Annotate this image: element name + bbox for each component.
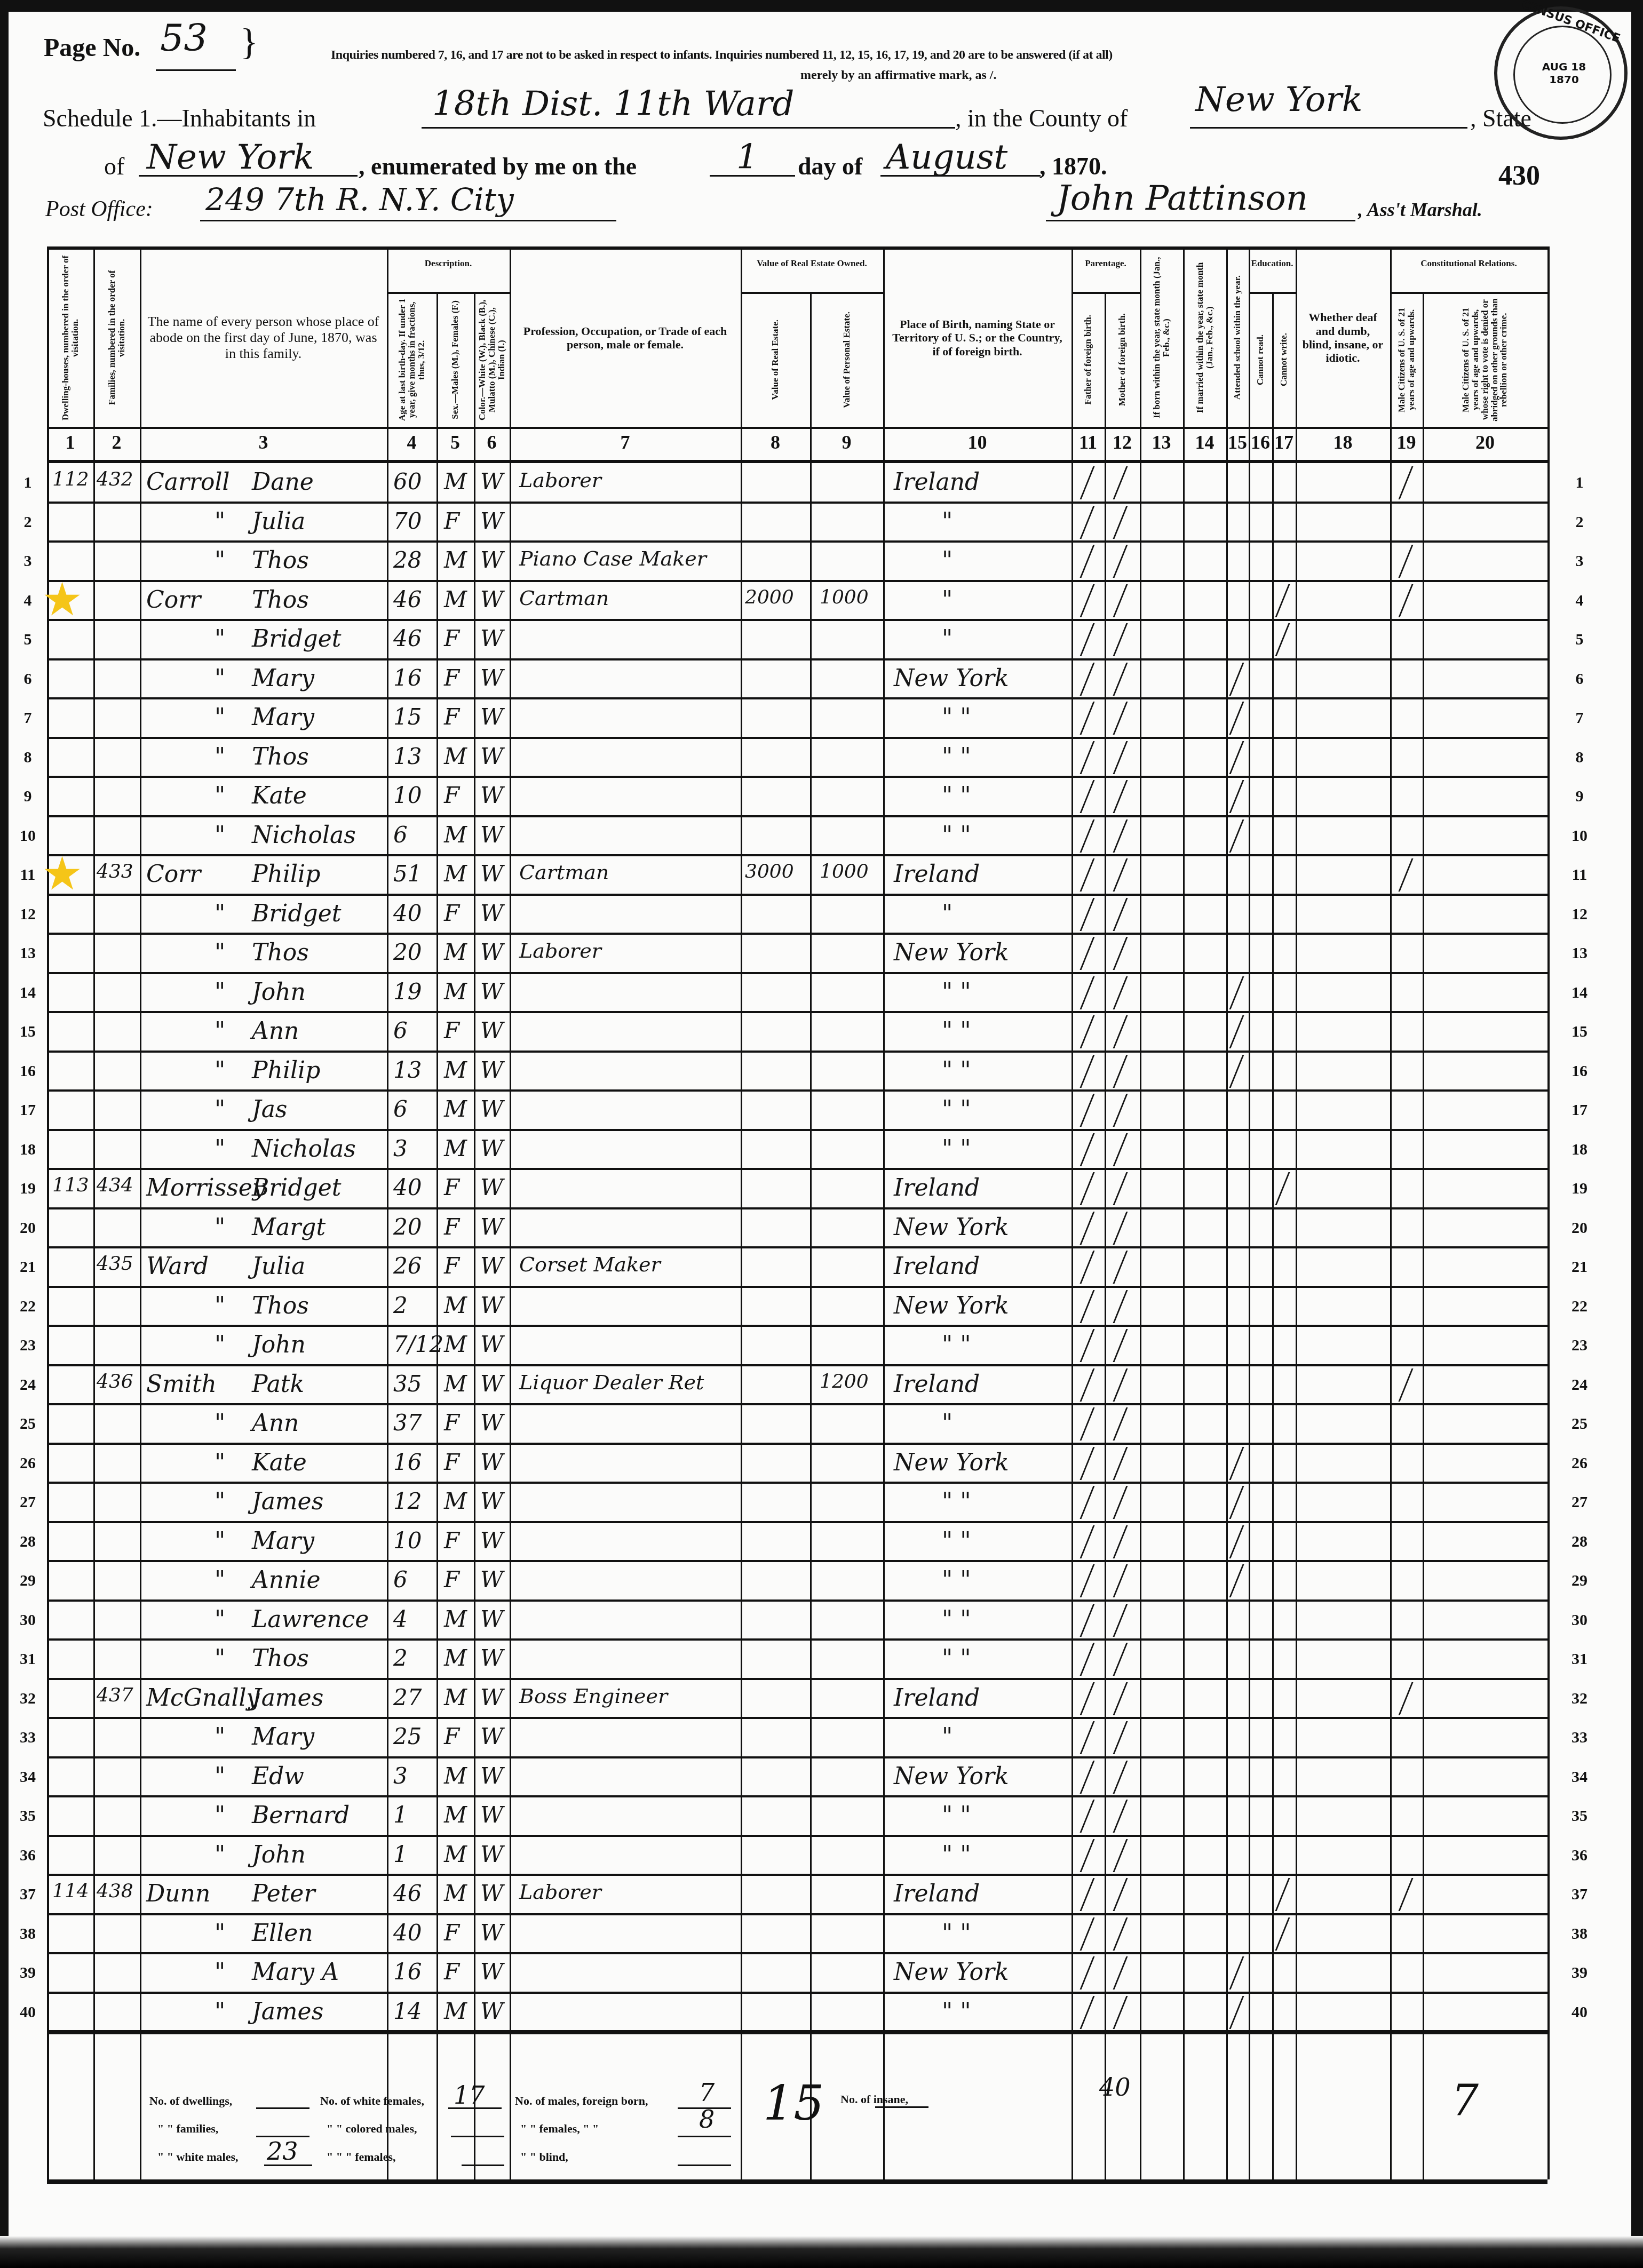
line-number-right: 11 xyxy=(1563,866,1596,884)
column-header-18: Whether deaf and dumb, blind, insane, or… xyxy=(1301,253,1385,423)
signature-underline xyxy=(1046,220,1355,221)
line-number-right: 32 xyxy=(1563,1690,1596,1708)
row-divider xyxy=(47,1756,1547,1758)
row-divider xyxy=(47,854,1547,856)
line-number-left: 34 xyxy=(12,1768,44,1786)
cell-surname: " xyxy=(215,1449,225,1476)
cell-color: W xyxy=(480,1174,503,1200)
cell-given: Kate xyxy=(252,782,307,809)
line-number-right: 20 xyxy=(1563,1219,1596,1237)
instructions-line-1: Inquiries numbered 7, 16, and 17 are not… xyxy=(331,48,1547,62)
checkmark-icon xyxy=(1275,623,1290,656)
checkmark-icon xyxy=(1080,1643,1094,1676)
county-value: New York xyxy=(1195,80,1363,120)
cell-color: W xyxy=(480,1998,503,2024)
cell-surname: " xyxy=(215,1527,225,1555)
checkmark-icon xyxy=(1080,1447,1094,1480)
column-header-5: Sex.—Males (M.), Females (F.) xyxy=(439,297,472,423)
row-divider xyxy=(47,894,1547,896)
cell-given: Bridget xyxy=(252,1174,342,1201)
cell-color: W xyxy=(480,1959,503,1985)
cell-given: Nicholas xyxy=(252,822,356,849)
column-number-11: 11 xyxy=(1071,431,1105,453)
star-icon[interactable]: ★ xyxy=(42,577,83,623)
checkmark-icon xyxy=(1229,1486,1244,1519)
cell-sex: M xyxy=(444,822,467,848)
column-divider xyxy=(1296,246,1297,2179)
checkmark-icon xyxy=(1113,780,1128,813)
line-number-right: 12 xyxy=(1563,905,1596,924)
cell-occupation: Laborer xyxy=(519,939,601,962)
line-number-left: 1 xyxy=(12,474,44,492)
cell-surname: " xyxy=(215,547,225,574)
cell-surname: " xyxy=(215,1410,225,1437)
checkmark-icon xyxy=(1080,1329,1094,1362)
header-divider xyxy=(47,427,1547,429)
column-header-9: Value of Personal Estate. xyxy=(812,297,881,423)
cell-given: Bernard xyxy=(252,1802,350,1829)
cell-sex: M xyxy=(444,743,467,769)
checkmark-icon xyxy=(1113,1956,1128,1990)
cell-color: W xyxy=(480,508,503,534)
row-divider xyxy=(47,1325,1547,1327)
cell-age: 2 xyxy=(393,1292,408,1318)
cell-given: James xyxy=(252,1488,323,1515)
cell-sex: F xyxy=(444,665,459,691)
cell-sex: M xyxy=(444,1135,467,1161)
cell-age: 40 xyxy=(393,900,422,926)
constitutional-group-line xyxy=(1390,292,1547,294)
checkmark-icon xyxy=(1080,1878,1094,1911)
cell-sex: M xyxy=(444,1292,467,1318)
post-office-underline xyxy=(200,220,616,221)
line-number-right: 10 xyxy=(1563,827,1596,845)
line-number-right: 38 xyxy=(1563,1925,1596,1943)
cell-birthplace: " xyxy=(942,508,953,535)
cell-color: W xyxy=(480,1527,503,1554)
line-number-right: 26 xyxy=(1563,1454,1596,1473)
line-number-right: 17 xyxy=(1563,1101,1596,1119)
cell-birthplace: " " xyxy=(942,704,971,731)
cell-given: Kate xyxy=(252,1449,307,1476)
cell-sex: F xyxy=(444,1017,459,1044)
cell-given: Mary xyxy=(252,665,314,692)
checkmark-icon xyxy=(1080,1956,1094,1990)
cell-birthplace: New York xyxy=(894,1449,1009,1476)
cell-sex: M xyxy=(444,468,467,495)
column-number-16: 16 xyxy=(1249,431,1272,453)
cell-color: W xyxy=(480,468,503,495)
line-number-left: 11 xyxy=(12,866,44,884)
checkmark-icon xyxy=(1398,1878,1413,1911)
row-divider xyxy=(47,1482,1547,1484)
cell-color: W xyxy=(480,1410,503,1436)
checkmark-icon xyxy=(1080,1212,1094,1245)
line-number-left: 13 xyxy=(12,944,44,962)
cell-sex: M xyxy=(444,1802,467,1828)
line-number-right: 37 xyxy=(1563,1885,1596,1904)
row-divider xyxy=(47,776,1547,778)
cell-sex: M xyxy=(444,547,467,573)
cell-given: John xyxy=(252,1841,306,1868)
cell-color: W xyxy=(480,1017,503,1044)
row-divider xyxy=(47,1835,1547,1837)
cell-color: W xyxy=(480,900,503,926)
cell-given: Bridget xyxy=(252,900,342,927)
line-number-left: 24 xyxy=(12,1376,44,1394)
checkmark-icon xyxy=(1229,702,1244,735)
month-underline xyxy=(880,175,1041,177)
column-divider xyxy=(140,246,141,2179)
cell-sex: M xyxy=(444,586,467,612)
checkmark-icon xyxy=(1080,1368,1094,1402)
checkmark-icon xyxy=(1229,1564,1244,1597)
description-group-line xyxy=(387,292,510,294)
cell-given: Mary A xyxy=(252,1959,339,1986)
cell-sex: F xyxy=(444,1959,459,1985)
cell-age: 46 xyxy=(393,586,422,612)
column-divider xyxy=(1390,246,1392,2179)
row-divider xyxy=(47,1286,1547,1288)
cell-surname: " xyxy=(215,704,225,731)
checkmark-icon xyxy=(1080,1133,1094,1166)
row-divider xyxy=(47,1992,1547,1994)
line-number-right: 19 xyxy=(1563,1180,1596,1198)
cell-family: 433 xyxy=(97,861,133,882)
cell-sex: F xyxy=(444,1920,459,1946)
checkmark-icon xyxy=(1398,584,1413,617)
checkmark-icon xyxy=(1080,1604,1094,1637)
cell-birthplace: Ireland xyxy=(894,1253,980,1280)
row-divider xyxy=(47,697,1547,699)
column-header-2: Families, numbered in the order of visit… xyxy=(96,253,138,423)
cell-surname: " xyxy=(215,1920,225,1947)
checkmark-icon xyxy=(1080,702,1094,735)
checkmark-icon xyxy=(1113,1996,1128,2029)
cell-birthplace: Ireland xyxy=(894,1371,980,1398)
line-number-left: 38 xyxy=(12,1925,44,1943)
cell-age: 16 xyxy=(393,1959,422,1985)
column-header-12: Mother of foreign birth. xyxy=(1107,297,1138,423)
cell-surname: " xyxy=(215,1017,225,1045)
checkmark-icon xyxy=(1113,1447,1128,1480)
checkmark-icon xyxy=(1080,1996,1094,2029)
checkmark-icon xyxy=(1113,1564,1128,1597)
table-top-border xyxy=(47,246,1547,250)
cell-surname: Smith xyxy=(146,1371,217,1398)
cell-sex: F xyxy=(444,900,459,926)
column-number-8: 8 xyxy=(741,431,810,453)
cell-surname: " xyxy=(215,1841,225,1868)
cell-birthplace: " " xyxy=(942,1606,971,1633)
line-number-left: 2 xyxy=(12,513,44,531)
column-divider xyxy=(810,292,812,2179)
line-number-left: 32 xyxy=(12,1690,44,1708)
column-number-6: 6 xyxy=(474,431,510,453)
cell-birthplace: " " xyxy=(942,1527,971,1555)
census-page: Page No. 53 } Inquiries numbered 7, 16, … xyxy=(0,0,1643,2268)
cell-sex: M xyxy=(444,939,467,965)
cell-given: Dane xyxy=(252,468,314,496)
cell-color: W xyxy=(480,1566,503,1593)
row-divider xyxy=(47,1246,1547,1248)
column-header-8: Value of Real Estate. xyxy=(743,297,808,423)
row-divider xyxy=(47,972,1547,974)
checkmark-icon xyxy=(1113,1643,1128,1676)
cell-color: W xyxy=(480,1606,503,1632)
white-males-total: 23 xyxy=(267,2137,298,2166)
line-number-left: 36 xyxy=(12,1847,44,1865)
cell-occupation: Laborer xyxy=(519,468,601,492)
cell-age: 20 xyxy=(393,939,422,965)
line-number-left: 9 xyxy=(12,787,44,806)
white-females-total: 17 xyxy=(454,2081,485,2110)
brace: } xyxy=(240,21,258,64)
line-number-left: 16 xyxy=(12,1062,44,1080)
cell-color: W xyxy=(480,861,503,887)
column-divider xyxy=(741,246,742,2179)
line-number-left: 37 xyxy=(12,1885,44,1904)
column-number-14: 14 xyxy=(1183,431,1226,453)
column-header-7: Profession, Occupation, or Trade of each… xyxy=(515,253,735,423)
line-number-left: 33 xyxy=(12,1729,44,1747)
table-body-bottom xyxy=(47,2030,1547,2034)
row-divider xyxy=(47,1913,1547,1915)
cell-age: 28 xyxy=(393,547,422,573)
column-number-20: 20 xyxy=(1423,431,1547,453)
cell-birthplace: New York xyxy=(894,1763,1009,1790)
checkmark-icon xyxy=(1080,545,1094,578)
line-number-left: 23 xyxy=(12,1336,44,1355)
row-divider xyxy=(47,1717,1547,1719)
row-divider xyxy=(47,1051,1547,1053)
checkmark-icon xyxy=(1080,1290,1094,1323)
cell-birthplace: " xyxy=(942,586,953,614)
line-number-left: 19 xyxy=(12,1180,44,1198)
cell-surname: " xyxy=(215,665,225,692)
line-number-right: 3 xyxy=(1563,552,1596,570)
cell-age: 10 xyxy=(393,1527,422,1554)
column-header-1: Dwelling-houses, numbered in the order o… xyxy=(49,253,91,423)
checkmark-icon xyxy=(1113,623,1128,656)
cell-personal: 1000 xyxy=(820,586,869,608)
line-number-right: 24 xyxy=(1563,1376,1596,1394)
column-divider xyxy=(510,246,511,2179)
cell-color: W xyxy=(480,978,503,1005)
column-header-13: If born within the year, state month (Ja… xyxy=(1142,253,1181,423)
cell-given: Mary xyxy=(252,1723,314,1750)
col19-total: 7 xyxy=(1451,2075,1479,2125)
cell-surname: Dunn xyxy=(146,1880,210,1907)
row-divider xyxy=(47,1795,1547,1797)
column-number-18: 18 xyxy=(1296,431,1390,453)
cell-birthplace: Ireland xyxy=(894,468,980,496)
cell-age: 19 xyxy=(393,978,422,1005)
checkmark-icon xyxy=(1229,976,1244,1009)
checkmark-icon xyxy=(1398,1682,1413,1715)
scan-border-right xyxy=(1631,0,1643,2268)
cell-sex: M xyxy=(444,1841,467,1867)
checkmark-icon xyxy=(1113,1917,1128,1951)
checkmark-icon xyxy=(1113,1682,1128,1715)
cell-color: W xyxy=(480,1763,503,1789)
line-number-left: 14 xyxy=(12,984,44,1002)
state-value: New York xyxy=(147,138,314,177)
cell-sex: F xyxy=(444,1566,459,1593)
checkmark-icon xyxy=(1113,819,1128,853)
column-divider xyxy=(1105,292,1106,2179)
cell-given: Philip xyxy=(252,1057,320,1084)
cell-color: W xyxy=(480,1214,503,1240)
cell-age: 35 xyxy=(393,1371,422,1397)
col11-12-total: 40 xyxy=(1099,2073,1131,2102)
checkmark-icon xyxy=(1398,1368,1413,1402)
cell-given: Mary xyxy=(252,1527,314,1555)
checkmark-icon xyxy=(1080,1486,1094,1519)
cell-color: W xyxy=(480,1449,503,1475)
cell-surname: " xyxy=(215,1057,225,1084)
row-divider xyxy=(47,1168,1547,1170)
cell-age: 40 xyxy=(393,1920,422,1946)
row-divider xyxy=(47,1874,1547,1876)
cell-occupation: Cartman xyxy=(519,586,609,610)
column-divider xyxy=(387,246,388,2179)
column-divider xyxy=(883,246,885,2179)
cell-color: W xyxy=(480,743,503,769)
cell-age: 1 xyxy=(393,1841,408,1867)
cell-given: Julia xyxy=(252,1253,305,1280)
column-header-16: Cannot read. xyxy=(1251,297,1270,423)
inhabitants-in-value: 18th Dist. 11th Ward xyxy=(432,84,794,124)
row-divider xyxy=(47,619,1547,621)
cell-dwelling: 114 xyxy=(52,1880,89,1902)
checkmark-icon xyxy=(1113,702,1128,735)
cell-color: W xyxy=(480,1920,503,1946)
cell-birthplace: " " xyxy=(942,743,971,770)
cell-given: Bridget xyxy=(252,625,342,652)
of-label: of xyxy=(104,152,124,180)
cell-sex: F xyxy=(444,1527,459,1554)
column-divider xyxy=(1272,292,1274,2179)
checkmark-icon xyxy=(1080,506,1094,539)
table-bottom-border xyxy=(47,2179,1547,2184)
checkmark-icon xyxy=(1113,1761,1128,1794)
checkmark-icon xyxy=(1113,1407,1128,1441)
cell-surname: " xyxy=(215,822,225,849)
cell-age: 51 xyxy=(393,861,422,887)
cell-given: Thos xyxy=(252,586,309,614)
cell-family: 438 xyxy=(97,1880,133,1902)
row-divider xyxy=(47,1638,1547,1641)
cell-sex: M xyxy=(444,1998,467,2024)
cell-age: 14 xyxy=(393,1998,422,2024)
month-value: August xyxy=(886,138,1007,177)
cell-sex: M xyxy=(444,1371,467,1397)
cell-sex: M xyxy=(444,1684,467,1710)
checkmark-icon xyxy=(1113,898,1128,931)
cell-given: Margt xyxy=(252,1214,326,1241)
value-group-line xyxy=(741,292,883,294)
line-number-left: 39 xyxy=(12,1964,44,1982)
line-number-right: 7 xyxy=(1563,709,1596,727)
cell-age: 46 xyxy=(393,625,422,651)
checkmark-icon xyxy=(1229,1055,1244,1088)
cell-age: 7/12 xyxy=(393,1331,443,1357)
column-divider xyxy=(1183,246,1185,2179)
checkmark-icon xyxy=(1080,623,1094,656)
cell-occupation: Boss Engineer xyxy=(519,1684,668,1708)
row-divider xyxy=(47,580,1547,582)
cell-age: 6 xyxy=(393,822,408,848)
checkmark-icon xyxy=(1113,1290,1128,1323)
cell-given: Mary xyxy=(252,704,314,731)
line-number-right: 8 xyxy=(1563,749,1596,767)
row-divider xyxy=(47,1560,1547,1562)
checkmark-icon xyxy=(1113,1878,1128,1911)
checkmark-icon xyxy=(1113,1721,1128,1754)
checkmark-icon xyxy=(1113,976,1128,1009)
cell-color: W xyxy=(480,1880,503,1906)
checkmark-icon xyxy=(1275,584,1290,617)
cell-color: W xyxy=(480,1684,503,1710)
checkmark-icon xyxy=(1080,1800,1094,1833)
cell-surname: " xyxy=(215,1566,225,1594)
line-number-right: 40 xyxy=(1563,2003,1596,2022)
cell-age: 1 xyxy=(393,1802,408,1828)
line-number-left: 35 xyxy=(12,1807,44,1825)
checkmark-icon xyxy=(1080,1761,1094,1794)
cell-occupation: Laborer xyxy=(519,1880,601,1904)
column-divider xyxy=(1140,246,1141,2179)
cell-surname: " xyxy=(215,1723,225,1750)
column-number-5: 5 xyxy=(436,431,474,453)
star-icon[interactable]: ★ xyxy=(42,851,83,897)
line-number-left: 7 xyxy=(12,709,44,727)
cell-surname: " xyxy=(215,1959,225,1986)
cell-occupation: Corset Maker xyxy=(519,1253,661,1276)
females-foreign-total: 8 xyxy=(699,2105,715,2134)
cell-surname: McGnally xyxy=(146,1684,259,1712)
checkmark-icon xyxy=(1229,1015,1244,1048)
post-office-value: 249 7th R. N.Y. City xyxy=(205,181,514,218)
line-number-left: 26 xyxy=(12,1454,44,1473)
line-number-left: 17 xyxy=(12,1101,44,1119)
cell-sex: M xyxy=(444,1645,467,1671)
cell-color: W xyxy=(480,1645,503,1671)
line-number-right: 25 xyxy=(1563,1415,1596,1433)
checkmark-icon xyxy=(1113,1486,1128,1519)
column-number-15: 15 xyxy=(1226,431,1249,453)
cell-sex: F xyxy=(444,1174,459,1200)
scan-border-bottom xyxy=(0,2236,1643,2268)
cell-age: 15 xyxy=(393,704,422,730)
column-header-4: Age at last birth-day. If under 1 year, … xyxy=(389,297,434,423)
checkmark-icon xyxy=(1113,1015,1128,1048)
line-number-right: 30 xyxy=(1563,1611,1596,1629)
cell-given: Nicholas xyxy=(252,1135,356,1163)
row-divider xyxy=(47,815,1547,817)
column-divider xyxy=(1226,246,1228,2179)
checkmark-icon xyxy=(1113,1094,1128,1127)
cell-sex: F xyxy=(444,1410,459,1436)
row-divider xyxy=(47,1403,1547,1405)
cell-age: 2 xyxy=(393,1645,408,1671)
cell-color: W xyxy=(480,1057,503,1083)
line-number-right: 35 xyxy=(1563,1807,1596,1825)
cell-surname: " xyxy=(215,939,225,966)
cell-surname: Corr xyxy=(146,586,201,614)
cell-age: 3 xyxy=(393,1135,408,1161)
